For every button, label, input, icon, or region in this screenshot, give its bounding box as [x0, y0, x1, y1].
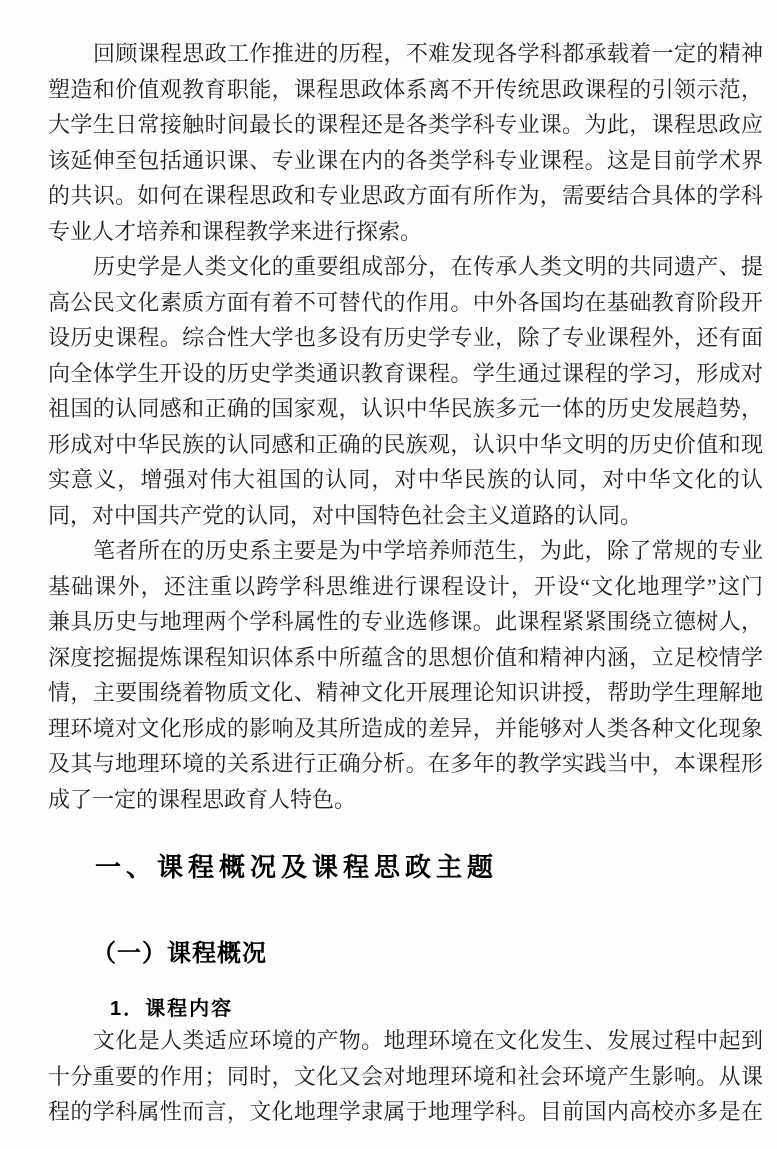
- text-line: 理环境对文化形成的影响及其所造成的差异，并能够对人类各种文化现象: [48, 711, 763, 747]
- subsection-heading: （一）课程概况: [92, 933, 267, 968]
- text-line: 实意义，增强对伟大祖国的认同，对中华民族的认同，对中华文化的认: [48, 462, 763, 498]
- text-line: 成了一定的课程思政育人特色。: [48, 782, 763, 818]
- main-text-block: 回顾课程思政工作推进的历程，不难发现各学科都承载着一定的精神 塑造和价值观教育职…: [48, 36, 763, 817]
- bottom-text-block: 文化是人类适应环境的产物。地理环境在文化发生、发展过程中起到 十分重要的作用；同…: [48, 1023, 763, 1130]
- text-line: 同，对中国共产党的认同，对中国特色社会主义道路的认同。: [48, 498, 763, 534]
- text-line: 笔者所在的历史系主要是为中学培养师范生，为此，除了常规的专业: [48, 533, 763, 569]
- text-line: 该延伸至包括通识课、专业课在内的各类学科专业课程。这是目前学术界: [48, 143, 763, 179]
- document-page: 回顾课程思政工作推进的历程，不难发现各学科都承载着一定的精神 塑造和价值观教育职…: [0, 0, 777, 1149]
- text-line: 十分重要的作用；同时，文化又会对地理环境和社会环境产生影响。从课: [48, 1059, 763, 1095]
- text-line: 设历史课程。综合性大学也多设有历史学专业，除了专业课程外，还有面: [48, 320, 763, 356]
- text-line: 程的学科属性而言，文化地理学隶属于地理学科。目前国内高校亦多是在: [48, 1094, 763, 1130]
- text-line: 高公民文化素质方面有着不可替代的作用。中外各国均在基础教育阶段开: [48, 285, 763, 321]
- text-line: 塑造和价值观教育职能，课程思政体系离不开传统思政课程的引领示范，: [48, 72, 763, 108]
- text-line: 兼具历史与地理两个学科属性的专业选修课。此课程紧紧围绕立德树人，: [48, 604, 763, 640]
- text-line: 专业人才培养和课程教学来进行探索。: [48, 214, 763, 250]
- text-line: 祖国的认同感和正确的国家观，认识中华民族多元一体的历史发展趋势，: [48, 391, 763, 427]
- text-line: 基础课外，还注重以跨学科思维进行课程设计，开设“文化地理学”这门: [48, 569, 763, 605]
- text-line: 及其与地理环境的关系进行正确分析。在多年的教学实践当中，本课程形: [48, 746, 763, 782]
- numbered-heading: 1．课程内容: [110, 992, 233, 1021]
- text-line: 的共识。如何在课程思政和专业思政方面有所作为，需要结合具体的学科: [48, 178, 763, 214]
- section-heading: 一、课程概况及课程思政主题: [95, 847, 498, 884]
- text-line: 向全体学生开设的历史学类通识教育课程。学生通过课程的学习，形成对: [48, 356, 763, 392]
- text-line: 深度挖掘提炼课程知识体系中所蕴含的思想价值和精神内涵，立足校情学: [48, 640, 763, 676]
- text-line: 历史学是人类文化的重要组成部分，在传承人类文明的共同遗产、提: [48, 249, 763, 285]
- text-line: 回顾课程思政工作推进的历程，不难发现各学科都承载着一定的精神: [48, 36, 763, 72]
- text-line: 大学生日常接触时间最长的课程还是各类学科专业课。为此，课程思政应: [48, 107, 763, 143]
- text-line: 情，主要围绕着物质文化、精神文化开展理论知识讲授，帮助学生理解地: [48, 675, 763, 711]
- text-line: 文化是人类适应环境的产物。地理环境在文化发生、发展过程中起到: [48, 1023, 763, 1059]
- text-line: 形成对中华民族的认同感和正确的民族观，认识中华文明的历史价值和现: [48, 427, 763, 463]
